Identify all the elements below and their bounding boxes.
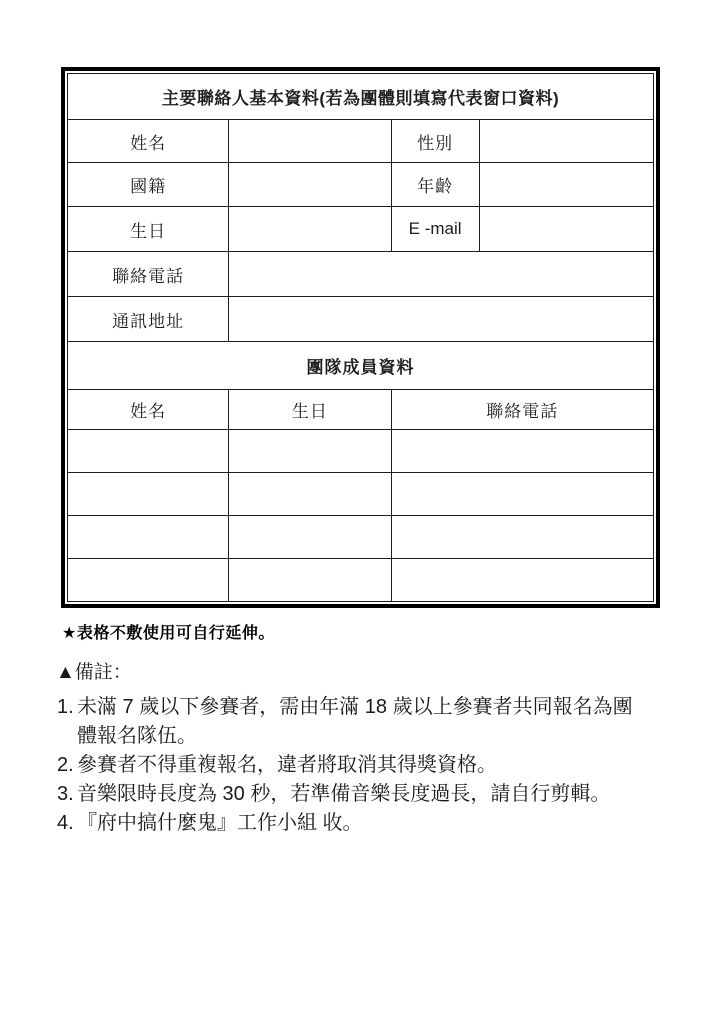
remark-number: 2.	[57, 751, 77, 780]
member-birthday-cell[interactable]	[229, 559, 391, 602]
name-label: 姓名	[68, 120, 229, 163]
member-phone-cell[interactable]	[391, 559, 653, 602]
remark-item-2: 2. 參賽者不得重複報名，違者將取消其得獎資格。	[57, 751, 649, 780]
team-member-row-3	[68, 516, 654, 559]
contact-row-name-gender: 姓名 性別	[68, 120, 654, 163]
member-phone-cell[interactable]	[391, 473, 653, 516]
remark-text: 參賽者不得重複報名，違者將取消其得獎資格。	[77, 751, 649, 780]
remark-item-4: 4. 『府中搞什麼鬼』工作小組 收。	[57, 809, 649, 838]
age-label: 年齡	[391, 163, 479, 207]
member-phone-cell[interactable]	[391, 430, 653, 473]
mailing-address-label: 通訊地址	[68, 297, 229, 342]
member-name-cell[interactable]	[68, 473, 229, 516]
contact-row-birthday-email: 生日 E -mail	[68, 207, 654, 252]
birthday-label: 生日	[68, 207, 229, 252]
contact-section-title-row: 主要聯絡人基本資料(若為團體則填寫代表窗口資料)	[68, 74, 654, 120]
member-phone-cell[interactable]	[391, 516, 653, 559]
gender-label: 性別	[391, 120, 479, 163]
team-member-row-1	[68, 430, 654, 473]
contact-row-nationality-age: 國籍 年齡	[68, 163, 654, 207]
nationality-field[interactable]	[229, 163, 391, 207]
contact-row-phone: 聯絡電話	[68, 252, 654, 297]
member-name-cell[interactable]	[68, 516, 229, 559]
gender-field[interactable]	[479, 120, 653, 163]
name-field[interactable]	[229, 120, 391, 163]
age-field[interactable]	[479, 163, 653, 207]
member-birthday-cell[interactable]	[229, 473, 391, 516]
member-name-cell[interactable]	[68, 559, 229, 602]
table-extend-note: ★表格不敷使用可自行延伸。	[62, 620, 275, 643]
contact-row-address: 通訊地址	[68, 297, 654, 342]
team-member-row-2	[68, 473, 654, 516]
nationality-label: 國籍	[68, 163, 229, 207]
email-field[interactable]	[479, 207, 653, 252]
team-member-row-4	[68, 559, 654, 602]
remark-number: 4.	[57, 809, 77, 838]
remark-number: 3.	[57, 780, 77, 809]
team-col-name: 姓名	[68, 390, 229, 430]
remark-text: 未滿 7 歲以下參賽者，需由年滿 18 歲以上參賽者共同報名為團體報名隊伍。	[77, 693, 649, 751]
team-section-header: 團隊成員資料	[68, 342, 654, 390]
contact-section-title: 主要聯絡人基本資料(若為團體則填寫代表窗口資料)	[68, 74, 654, 120]
contact-phone-label: 聯絡電話	[68, 252, 229, 297]
team-col-phone: 聯絡電話	[391, 390, 653, 430]
remark-item-3: 3. 音樂限時長度為 30 秒，若準備音樂長度過長，請自行剪輯。	[57, 780, 649, 809]
remark-text: 音樂限時長度為 30 秒，若準備音樂長度過長，請自行剪輯。	[77, 780, 649, 809]
mailing-address-field[interactable]	[229, 297, 654, 342]
form-page: 主要聯絡人基本資料(若為團體則填寫代表窗口資料) 姓名 性別 國籍 年齡 生日 …	[0, 0, 724, 1024]
registration-table: 主要聯絡人基本資料(若為團體則填寫代表窗口資料) 姓名 性別 國籍 年齡 生日 …	[61, 67, 660, 608]
contact-phone-field[interactable]	[229, 252, 654, 297]
team-col-birthday: 生日	[229, 390, 391, 430]
remark-text: 『府中搞什麼鬼』工作小組 收。	[77, 809, 649, 838]
remarks-list: 1. 未滿 7 歲以下參賽者，需由年滿 18 歲以上參賽者共同報名為團體報名隊伍…	[57, 693, 649, 838]
team-section-header-row: 團隊成員資料	[68, 342, 654, 390]
remarks-title: ▲備註：	[56, 657, 132, 684]
remark-number: 1.	[57, 693, 77, 751]
member-birthday-cell[interactable]	[229, 430, 391, 473]
remark-item-1: 1. 未滿 7 歲以下參賽者，需由年滿 18 歲以上參賽者共同報名為團體報名隊伍…	[57, 693, 649, 751]
member-name-cell[interactable]	[68, 430, 229, 473]
email-label: E -mail	[391, 207, 479, 252]
team-column-header-row: 姓名 生日 聯絡電話	[68, 390, 654, 430]
member-birthday-cell[interactable]	[229, 516, 391, 559]
birthday-field[interactable]	[229, 207, 391, 252]
